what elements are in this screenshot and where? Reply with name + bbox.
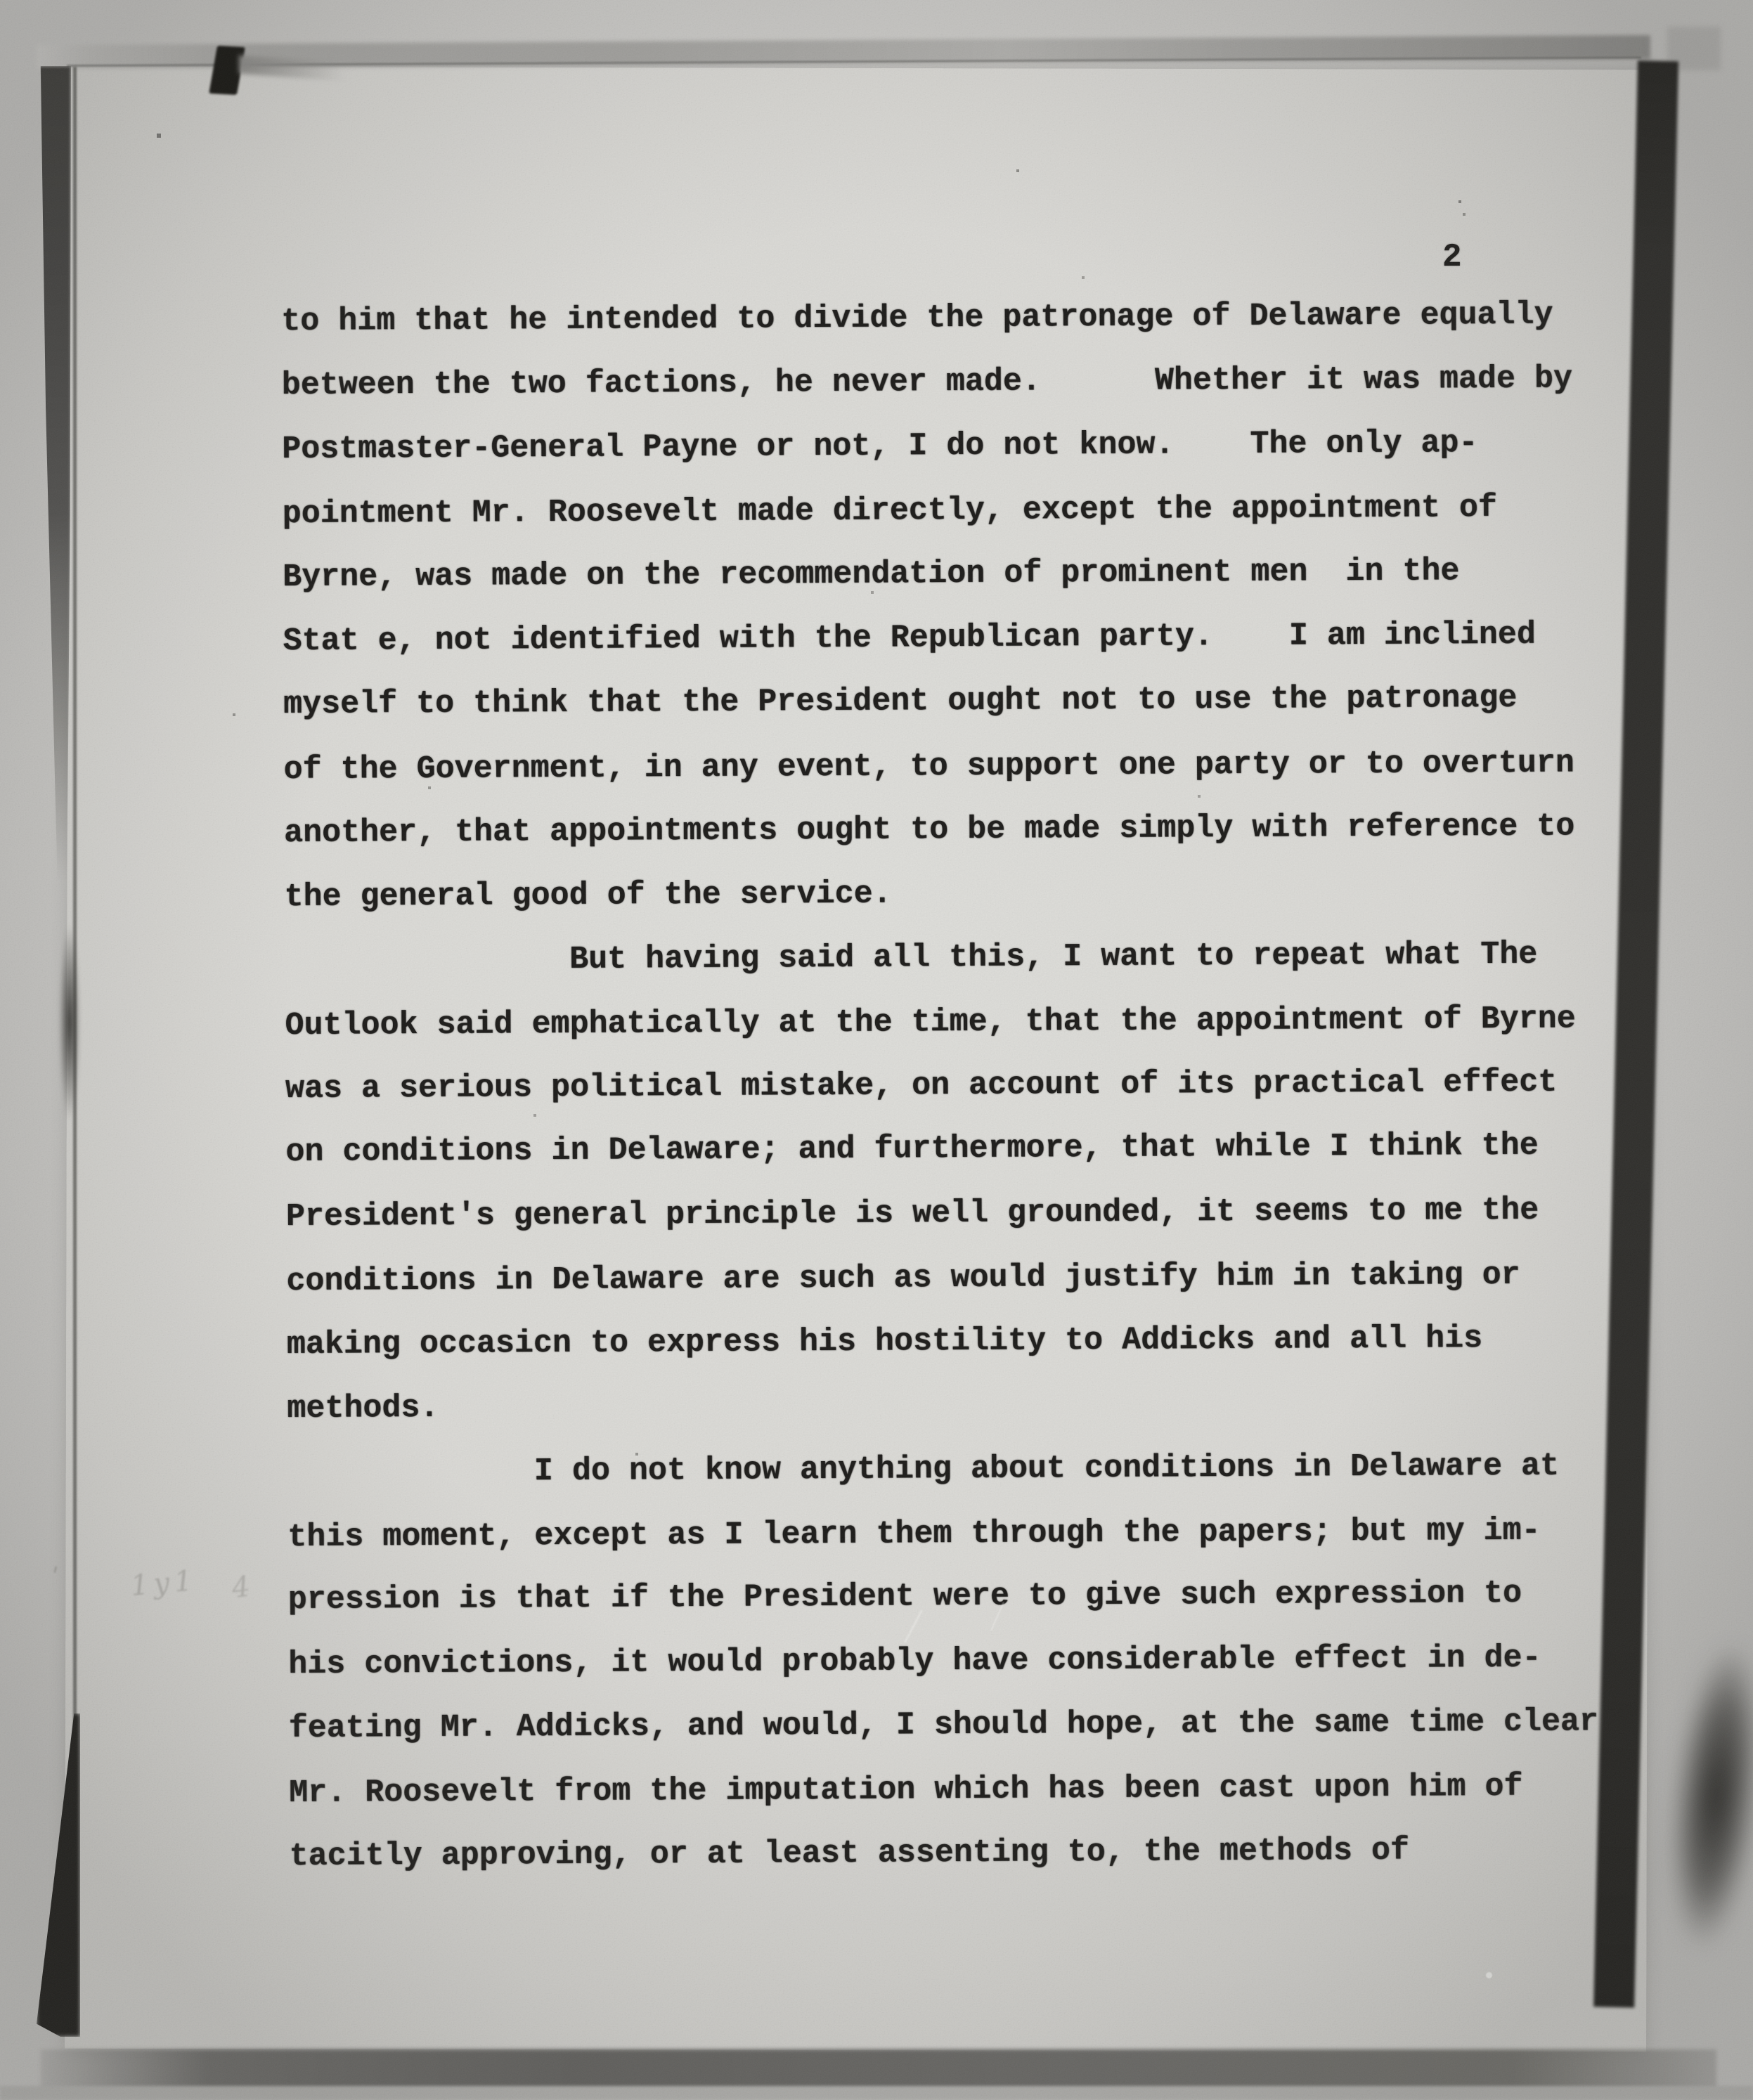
typewritten-line: myself to think that the President ought…	[283, 666, 1593, 737]
typewritten-line: President's general principle is well gr…	[286, 1178, 1596, 1249]
typewritten-line: making occasicn to express his hostility…	[287, 1306, 1597, 1377]
dust-specks	[0, 0, 1, 1]
typewritten-text: to him that he intended to divide the pa…	[281, 283, 1599, 1888]
white-dust-speck	[1486, 1972, 1492, 1978]
pencil-smudge: 1y1	[129, 1564, 198, 1602]
typewritten-line: this moment, except as I learn them thro…	[287, 1498, 1598, 1569]
typewritten-line: the general good of the service.	[284, 858, 1594, 929]
typewritten-line: Byrne, was made on the recommendation of…	[283, 538, 1593, 609]
left-edge-shadow-bottom	[37, 1713, 80, 2037]
typewritten-line: conditions in Delaware are such as would…	[286, 1243, 1596, 1314]
typewritten-line: pointment Mr. Roosevelt made directly, e…	[282, 475, 1592, 546]
left-edge-shadow-top	[39, 66, 71, 881]
typewritten-line: tacitly approving, or at least assenting…	[289, 1817, 1599, 1888]
page-number: 2	[1442, 239, 1484, 281]
typewritten-line: his convictions, it would probably have …	[288, 1626, 1598, 1697]
photograph-of-letter: 2 to him that he intended to divide the …	[0, 0, 1753, 2100]
typewritten-line: Postmaster-General Payne or not, I do no…	[282, 410, 1592, 481]
typewritten-line: was a serious political mistake, on acco…	[285, 1050, 1596, 1121]
typewritten-line: pression is that if the President were t…	[288, 1561, 1598, 1632]
typewritten-line: I do not know anything about conditions …	[287, 1434, 1598, 1505]
typewritten-line: methods.	[287, 1370, 1597, 1441]
pencil-smudge: '	[47, 1561, 60, 1590]
bottom-edge-shadow	[41, 2049, 1716, 2090]
typewritten-line: to him that he intended to divide the pa…	[281, 283, 1591, 354]
typewritten-line: another, that appointments ought to be m…	[284, 794, 1594, 865]
bottom-edge-light-strip	[0, 2086, 1753, 2100]
bottom-right-shadow-blur	[1638, 1598, 1753, 2035]
typewritten-line: feating Mr. Addicks, and would, I should…	[288, 1690, 1598, 1761]
typewritten-line: But having said all this, I want to repe…	[285, 922, 1595, 993]
typewritten-line: on conditions in Delaware; and furthermo…	[285, 1113, 1596, 1184]
typewritten-line: Mr. Roosevelt from the imputation which …	[289, 1754, 1599, 1825]
typewritten-line: Outlook said emphatically at the time, t…	[285, 987, 1595, 1058]
typewritten-line: of the Government, in any event, to supp…	[283, 731, 1593, 802]
pencil-smudge: 4	[230, 1571, 252, 1605]
left-edge-shadow-bulge	[59, 924, 80, 1121]
typewritten-line: between the two factions, he never made.…	[281, 346, 1591, 417]
typewritten-line: Stat e, not identified with the Republic…	[283, 602, 1593, 673]
